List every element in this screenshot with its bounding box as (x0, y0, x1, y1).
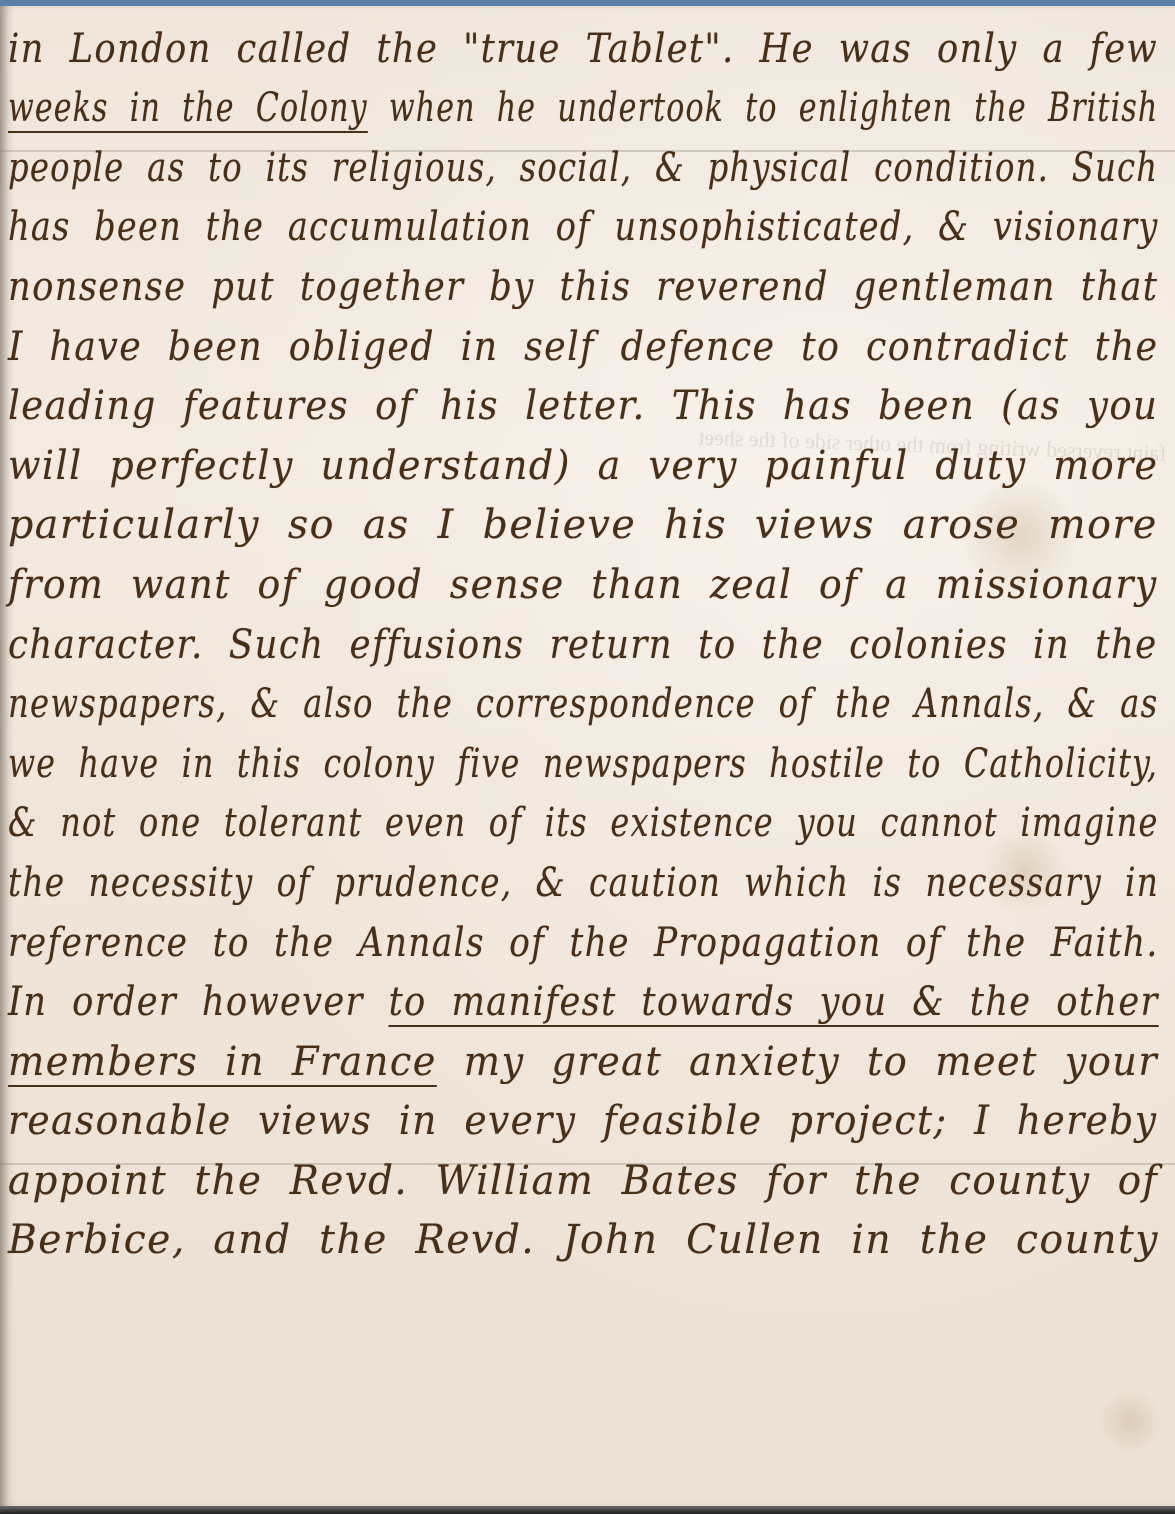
underlined-phrase: to manifest towards you & the other (389, 979, 1159, 1025)
text-line: has been the accumulation of unsophistic… (8, 191, 980, 251)
underlined-phrase: members in France (8, 1039, 437, 1085)
scanner-edge (0, 1506, 1175, 1514)
text-line: reference to the Annals of the Propagati… (8, 906, 1007, 966)
text-line: leading features of his letter. This has… (8, 370, 1082, 430)
text-line: Berbice, and the Revd. John Cullen in th… (8, 1204, 1145, 1264)
text-line-rest: when he undertook to enlighten the Briti… (389, 85, 1158, 131)
text-line: nonsense put together by this reverend g… (8, 250, 1033, 310)
text-line: particularly so as I believe his views a… (8, 489, 1155, 549)
handwritten-text: in London called the "true Tablet". He w… (8, 12, 1168, 1263)
text-line: we have in this colony five newspapers h… (8, 727, 927, 787)
text-line: character. Such effusions return to the … (8, 608, 1042, 668)
text-line: the necessity of prudence, & caution whi… (8, 846, 958, 906)
text-line: newspapers, & also the correspondence of… (8, 668, 945, 728)
text-line: reasonable views in every feasible proje… (8, 1085, 1098, 1145)
paper-stain (1100, 1386, 1160, 1456)
text-line: weeks in the Colony when he undertook to… (8, 72, 879, 132)
text-line: In order however to manifest towards you… (8, 966, 1030, 1026)
text-line: & not one tolerant even of its existence… (8, 787, 935, 847)
text-line: members in France my great anxiety to me… (8, 1025, 1117, 1085)
underlined-phrase: weeks in the Colony (8, 85, 368, 131)
text-line: in London called the "true Tablet". He w… (8, 12, 1032, 72)
text-line: people as to its religious, social, & ph… (8, 131, 943, 191)
text-line: will perfectly understand) a very painfu… (8, 429, 1109, 489)
text-line: from want of good sense than zeal of a m… (8, 548, 1103, 608)
letter-page: faint reversed writing from the other si… (0, 6, 1175, 1506)
text-line: I have been obliged in self defence to c… (8, 310, 1064, 370)
text-line: appoint the Revd. William Bates for the … (8, 1144, 1132, 1204)
